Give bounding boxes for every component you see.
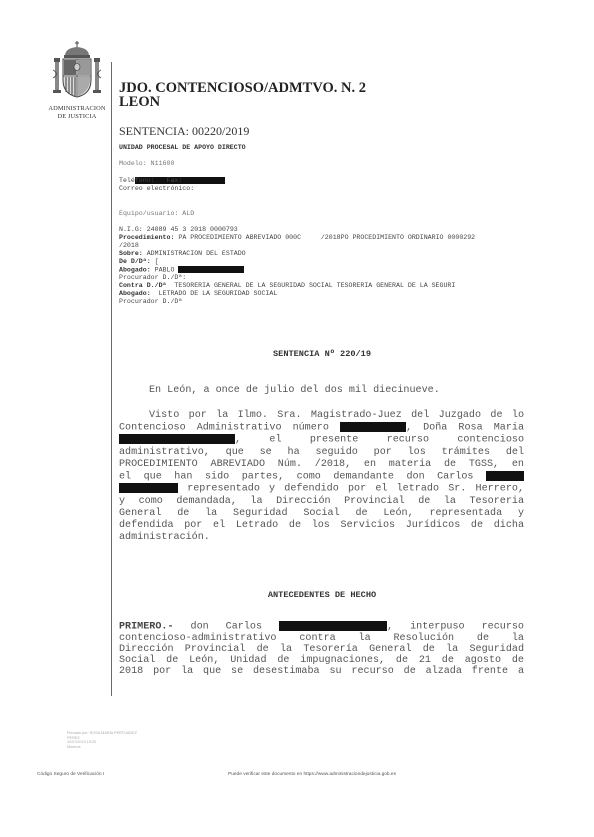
abogado2-label: Abogado: bbox=[119, 290, 151, 297]
procurador-line-1: Procurador D./Dª: bbox=[119, 274, 186, 282]
procedimiento-label: Procedimiento: bbox=[119, 234, 174, 241]
text-line: Dirección Provincial de la Tesorería Gen… bbox=[119, 644, 524, 655]
text-line: 2018 por la que se desestimaba su recurs… bbox=[119, 666, 524, 677]
signature-line: Minerva bbox=[67, 745, 137, 750]
court-city: LEON bbox=[119, 95, 160, 110]
signature-line: Firmado por: ROSA MARIA PERTUADEZ bbox=[67, 731, 137, 736]
phone-fax-line: Teléfono: Fax: bbox=[119, 177, 182, 185]
margin-rule bbox=[111, 62, 112, 696]
fax-label: Fax: bbox=[167, 177, 183, 184]
date-line: En León, a once de julio del dos mil die… bbox=[149, 385, 440, 396]
text-fragment: , el presente recurso contencioso bbox=[235, 435, 524, 446]
text-line: contencioso-administrativo contra la Res… bbox=[119, 633, 524, 644]
de-value: [ bbox=[155, 258, 159, 265]
text-line: administrativo, que se ha seguido por lo… bbox=[119, 447, 524, 459]
nig-line: N.I.G: 24089 45 3 2018 0000793 bbox=[119, 226, 238, 234]
sentence-title: SENTENCIA Nº 220/19 bbox=[119, 349, 525, 359]
abogado2-line: Abogado: LETRADO DE LA SEGURIDAD SOCIAL bbox=[119, 290, 277, 298]
contra-label: Contra D./Dª bbox=[119, 282, 166, 289]
primero-label: PRIMERO.- bbox=[119, 622, 174, 633]
redaction-bar bbox=[340, 422, 406, 432]
procedimiento-value: PA PROCEDIMIENTO ABREVIADO 000C /2018PO … bbox=[178, 234, 475, 241]
procedimiento-line: Procedimiento: PA PROCEDIMIENTO ABREVIAD… bbox=[119, 234, 475, 242]
paragraph-visto: Visto por la Ilmo. Sra. Magistrado-Juez … bbox=[119, 410, 524, 544]
abogado-value: PABLO bbox=[155, 266, 175, 273]
sobre-line: Sobre: ADMINISTRACION DEL ESTADO bbox=[119, 250, 246, 258]
text-line: el que han sido partes, como demandante … bbox=[119, 471, 524, 484]
redaction-bar bbox=[178, 266, 244, 273]
text-line: y como demandada, la Dirección Provincia… bbox=[119, 496, 524, 508]
contra-value: TESORERIA GENERAL DE LA SEGURIDAD SOCIAL… bbox=[174, 282, 455, 289]
email-line: Correo electrónico: bbox=[119, 185, 194, 193]
de-line: De D/Dª: [ bbox=[119, 258, 159, 266]
abogado-line: Abogado: PABLO bbox=[119, 266, 244, 274]
text-line: PRIMERO.- don Carlos , interpuso recurso bbox=[119, 621, 524, 633]
document-page: ADMINISTRACION DE JUSTICIA JDO. CONTENCI… bbox=[0, 0, 594, 837]
verify-link-text[interactable]: Puede verificar este documento en https:… bbox=[228, 772, 396, 777]
abogado2-value: LETRADO DE LA SEGURIDAD SOCIAL bbox=[159, 290, 278, 297]
de-label: De D/Dª: bbox=[119, 258, 151, 265]
abogado-label: Abogado: bbox=[119, 266, 151, 273]
contra-line: Contra D./Dª TESORERIA GENERAL DE LA SEG… bbox=[119, 282, 455, 290]
modelo-line: Modelo: N11600 bbox=[119, 160, 174, 168]
procurador-line-2: Procurador D./Dª bbox=[119, 298, 182, 306]
redaction-bar bbox=[279, 621, 387, 631]
text-fragment: , Doña Rosa Maria bbox=[406, 423, 524, 434]
signature-block: Firmado por: ROSA MARIA PERTUADEZ PEREZ … bbox=[67, 731, 137, 749]
section-heading: ANTECEDENTES DE HECHO bbox=[119, 590, 525, 600]
text-line: Contencioso Administrativo número , Doña… bbox=[119, 422, 524, 435]
redaction-bar bbox=[486, 471, 524, 481]
crest-label-line2: DE JUSTICIA bbox=[44, 113, 110, 121]
coat-of-arms-spain-icon bbox=[50, 40, 104, 104]
crest-block: ADMINISTRACION DE JUSTICIA bbox=[44, 40, 110, 122]
text-fragment: el que han sido partes, como demandante … bbox=[119, 472, 473, 483]
text-line: Social de León, Unidad de impugnaciones,… bbox=[119, 655, 524, 666]
nig-label: N.I.G: bbox=[119, 226, 143, 233]
nig-value: 24089 45 3 2018 0000793 bbox=[147, 226, 238, 233]
sentence-reference: SENTENCIA: 00220/2019 bbox=[119, 124, 249, 139]
procedimiento-cont: /2018 bbox=[119, 242, 139, 250]
redacted-address bbox=[119, 169, 225, 177]
redaction-bar bbox=[119, 483, 178, 493]
unit-name: UNIDAD PROCESAL DE APOYO DIRECTO bbox=[119, 144, 246, 152]
text-line: General de la Seguridad Social de León, … bbox=[119, 508, 524, 520]
team-user-line: Equipo/usuario: ALD bbox=[119, 210, 194, 218]
text-line: , el presente recurso contencioso bbox=[119, 434, 524, 447]
text-line: representado y defendido por el letrado … bbox=[119, 483, 524, 496]
text-line: Visto por la Ilmo. Sra. Magistrado-Juez … bbox=[119, 410, 524, 422]
text-fragment: don Carlos bbox=[191, 622, 263, 633]
text-line: PROCEDIMIENTO ABREVIADO Núm. /2018, en m… bbox=[119, 459, 524, 471]
paragraph-primero: PRIMERO.- don Carlos , interpuso recurso… bbox=[119, 621, 524, 678]
text-fragment: Contencioso Administrativo número bbox=[119, 423, 329, 434]
text-line: administración. bbox=[119, 532, 524, 544]
text-line: defendida por el Letrado de los Servicio… bbox=[119, 520, 524, 532]
csv-label: Código Seguro de Verificación I bbox=[37, 772, 104, 777]
sobre-value: ADMINISTRACION DEL ESTADO bbox=[147, 250, 246, 257]
phone-label: Teléfono: bbox=[119, 177, 155, 184]
text-fragment: , interpuso recurso bbox=[387, 622, 524, 633]
crest-label-line1: ADMINISTRACION bbox=[44, 105, 110, 113]
text-fragment: representado y defendido por el letrado … bbox=[187, 484, 524, 495]
redaction-bar bbox=[119, 434, 235, 444]
sobre-label: Sobre: bbox=[119, 250, 143, 257]
